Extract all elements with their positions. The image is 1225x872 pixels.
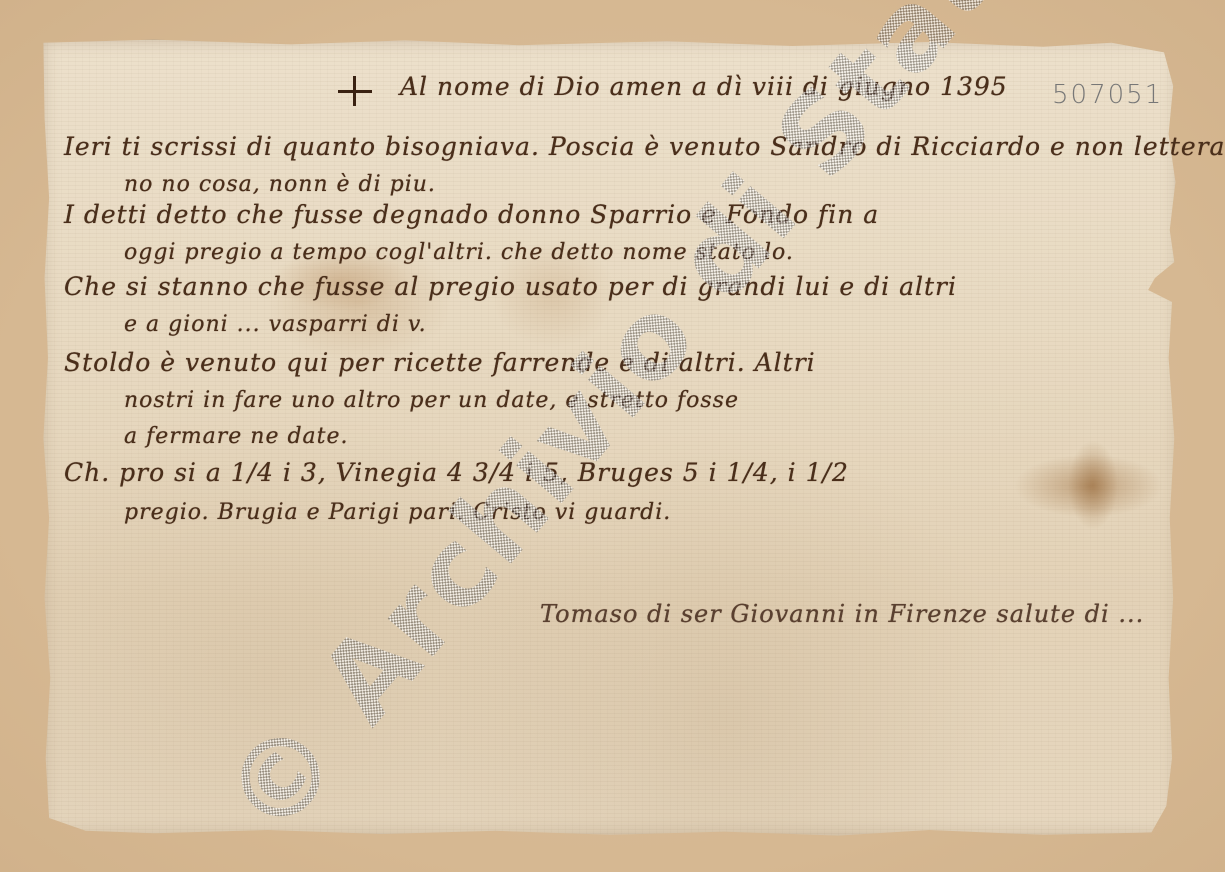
letter-line-9: a fermare ne date.	[124, 424, 349, 449]
letter-line-5: Che si stanno che fusse al pregio usato …	[64, 272, 957, 301]
cross-symbol	[338, 76, 372, 106]
signature: Tomaso di ser Giovanni in Firenze salute…	[540, 600, 1144, 628]
letter-line-1: Ieri ti scrissi di quanto bisogniava. Po…	[64, 132, 1225, 161]
letter-line-2: no no cosa, nonn è di piu.	[124, 172, 436, 197]
letter-line-6: e a gioni ... vasparri di v.	[124, 312, 427, 337]
archive-number: 507051	[1052, 80, 1163, 110]
